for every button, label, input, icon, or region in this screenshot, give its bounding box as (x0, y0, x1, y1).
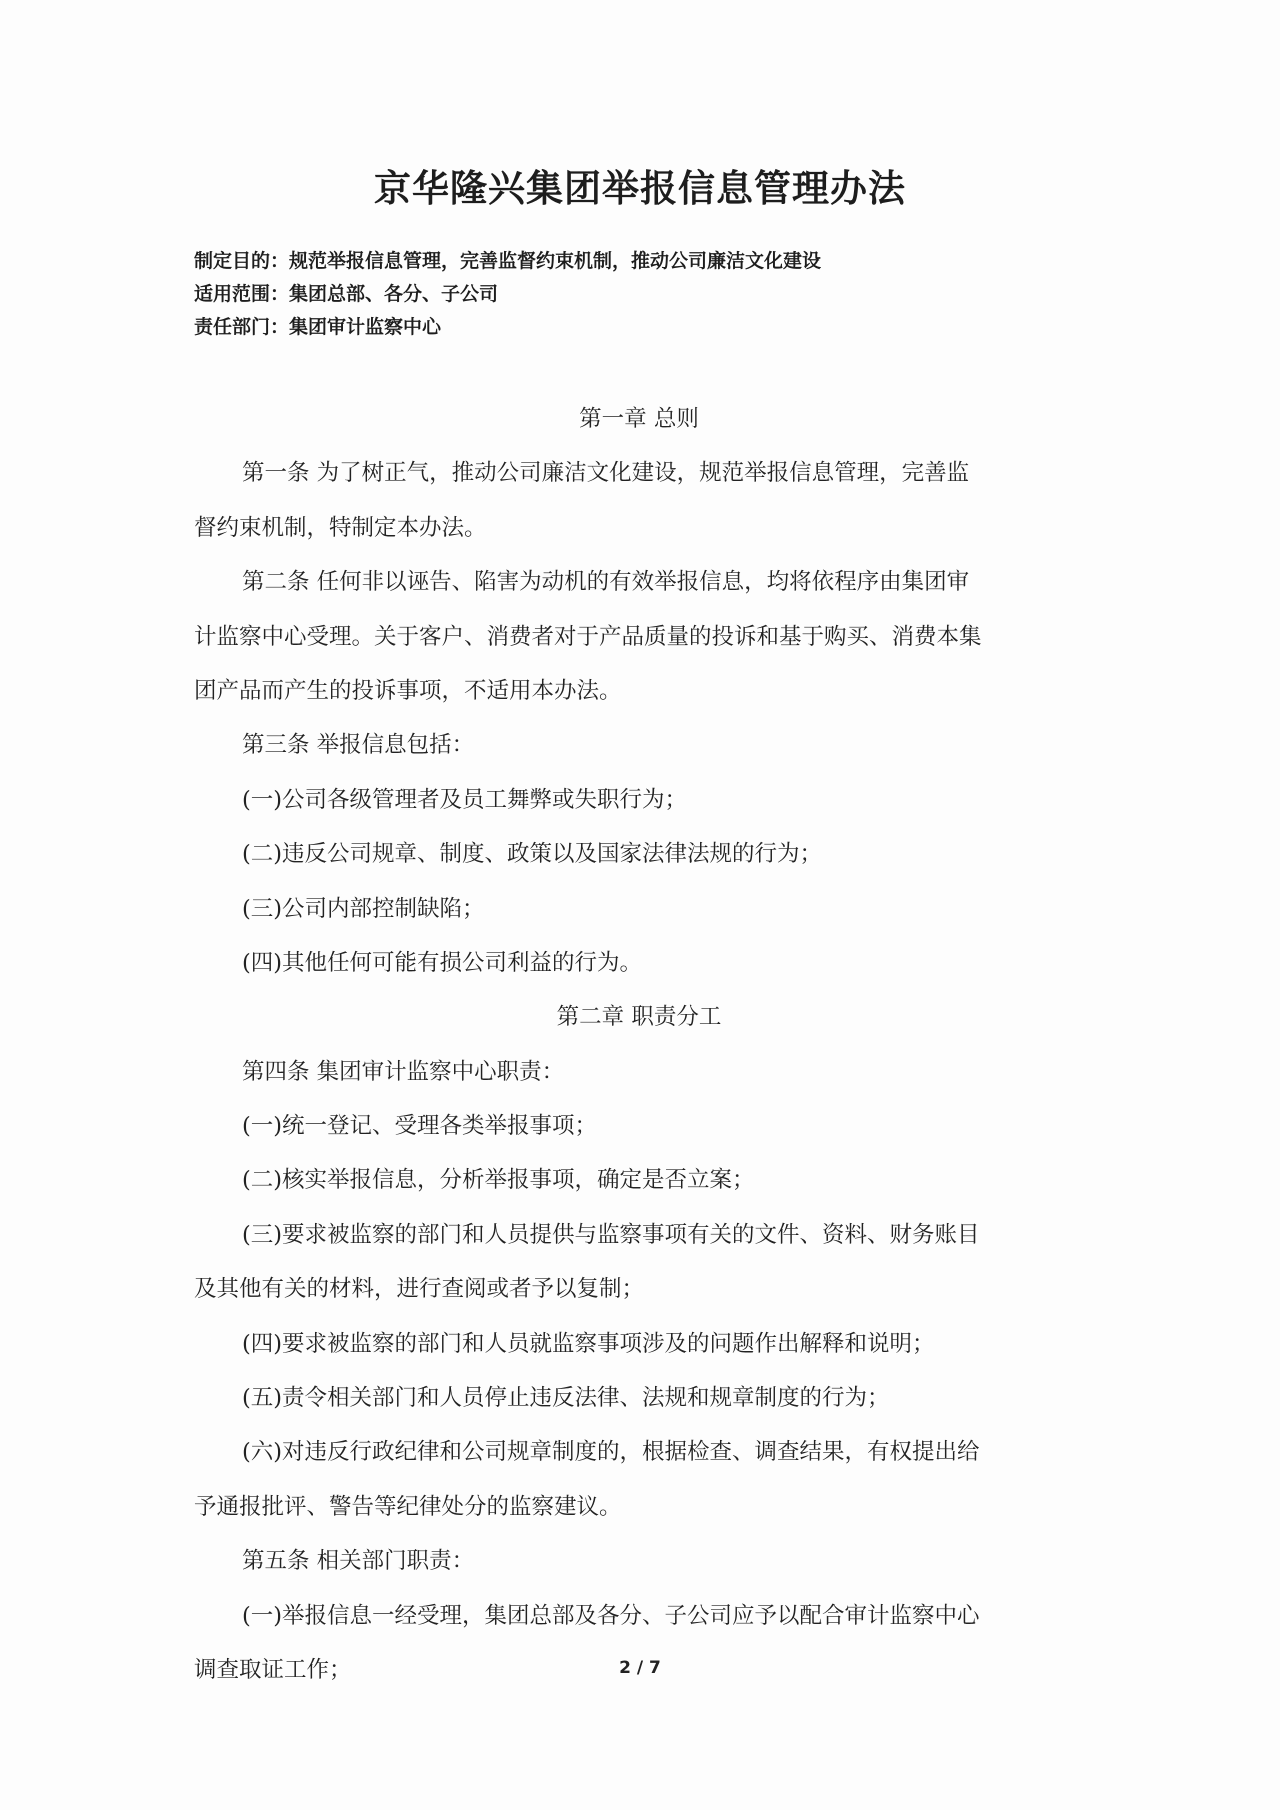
document-page: 京华隆兴集团举报信息管理办法 制定目的：规范举报信息管理，完善监督约束机制，推动… (0, 0, 1280, 1810)
document-meta: 制定目的：规范举报信息管理，完善监督约束机制，推动公司廉洁文化建设 适用范围：集… (194, 245, 821, 344)
article-line: 第二条 任何非以诬告、陷害为动机的有效举报信息，均将依程序由集团审 (194, 555, 1084, 609)
meta-department: 责任部门：集团审计监察中心 (194, 311, 821, 344)
article-line: (六)对违反行政纪律和公司规章制度的，根据检查、调查结果，有权提出给 (194, 1425, 1084, 1479)
article-line: (一)统一登记、受理各类举报事项； (194, 1099, 1084, 1153)
meta-purpose: 制定目的：规范举报信息管理，完善监督约束机制，推动公司廉洁文化建设 (194, 245, 821, 278)
continuation-line: 及其他有关的材料，进行查阅或者予以复制； (194, 1262, 1084, 1316)
meta-value: 规范举报信息管理，完善监督约束机制，推动公司廉洁文化建设 (289, 250, 821, 272)
meta-label: 制定目的： (194, 250, 289, 272)
article-line: 第四条 集团审计监察中心职责： (194, 1045, 1084, 1099)
document-title: 京华隆兴集团举报信息管理办法 (0, 158, 1280, 212)
article-line: 第五条 相关部门职责： (194, 1534, 1084, 1588)
article-line: 第一条 为了树正气，推动公司廉洁文化建设，规范举报信息管理，完善监 (194, 446, 1084, 500)
meta-value: 集团总部、各分、子公司 (289, 283, 498, 305)
article-line: (三)要求被监察的部门和人员提供与监察事项有关的文件、资料、财务账目 (194, 1208, 1084, 1262)
article-line: (四)其他任何可能有损公司利益的行为。 (194, 936, 1084, 990)
article-line: (五)责令相关部门和人员停止违反法律、法规和规章制度的行为； (194, 1371, 1084, 1425)
article-line: (二)核实举报信息，分析举报事项，确定是否立案； (194, 1153, 1084, 1207)
continuation-line: 计监察中心受理。关于客户、消费者对于产品质量的投诉和基于购买、消费本集 (194, 610, 1084, 664)
meta-label: 适用范围： (194, 283, 289, 305)
meta-value: 集团审计监察中心 (289, 316, 441, 338)
article-line: (一)公司各级管理者及员工舞弊或失职行为； (194, 773, 1084, 827)
article-line: (四)要求被监察的部门和人员就监察事项涉及的问题作出解释和说明； (194, 1317, 1084, 1371)
article-line: (三)公司内部控制缺陷； (194, 882, 1084, 936)
article-line: (二)违反公司规章、制度、政策以及国家法律法规的行为； (194, 827, 1084, 881)
chapter-heading: 第二章 职责分工 (194, 990, 1084, 1044)
continuation-line: 督约束机制，特制定本办法。 (194, 501, 1084, 555)
document-body: 第一章 总则第一条 为了树正气，推动公司廉洁文化建设，规范举报信息管理，完善监督… (194, 392, 1084, 1697)
continuation-line: 予通报批评、警告等纪律处分的监察建议。 (194, 1480, 1084, 1534)
article-line: 第三条 举报信息包括： (194, 718, 1084, 772)
chapter-heading: 第一章 总则 (194, 392, 1084, 446)
continuation-line: 团产品而产生的投诉事项，不适用本办法。 (194, 664, 1084, 718)
page-number: 2 / 7 (0, 1658, 1280, 1678)
meta-label: 责任部门： (194, 316, 289, 338)
meta-scope: 适用范围：集团总部、各分、子公司 (194, 278, 821, 311)
article-line: (一)举报信息一经受理，集团总部及各分、子公司应予以配合审计监察中心 (194, 1589, 1084, 1643)
